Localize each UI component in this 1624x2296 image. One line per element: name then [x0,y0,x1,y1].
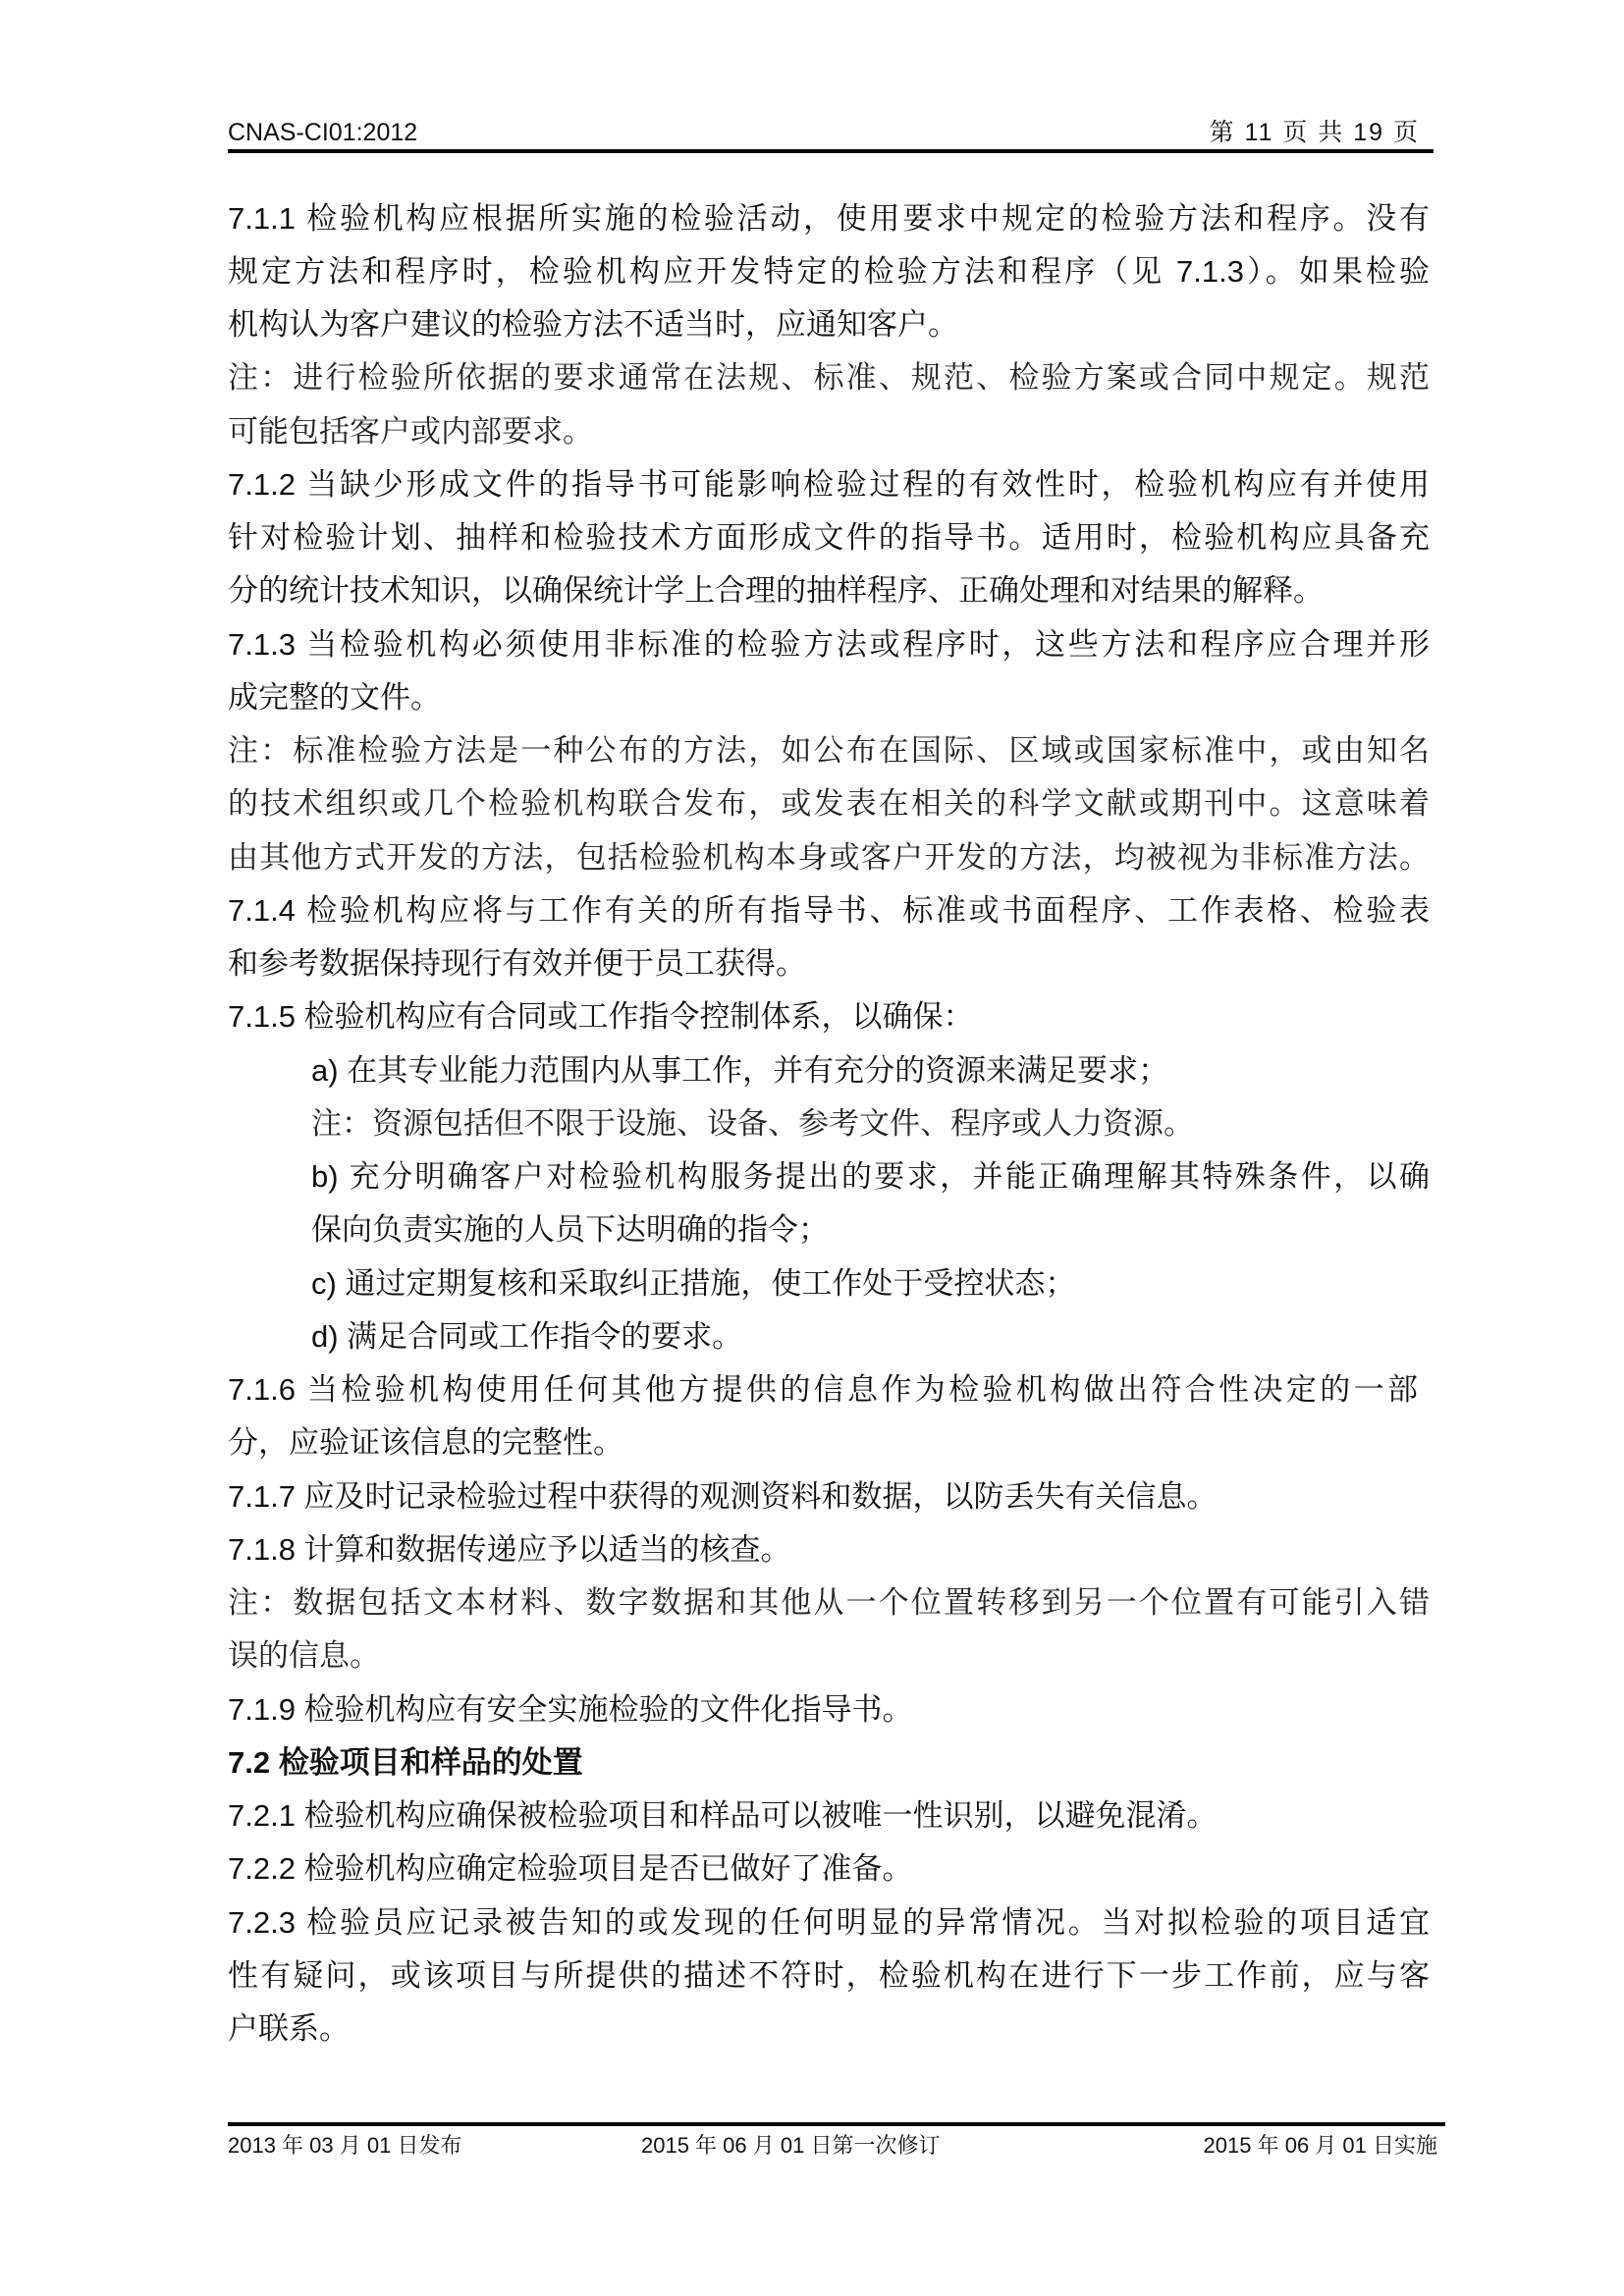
page-footer: 2013 年 03 月 01 日发布 2015 年 06 月 01 日第一次修订… [228,2130,1437,2162]
clause-7-1-8: 7.1.8 计算和数据传递应予以适当的核查。 [228,1523,791,1576]
clause-7-2-2: 7.2.2 检验机构应确定检验项目是否已做好了准备。 [228,1842,913,1896]
clause-7-2-3-line-2: 性有疑问，或该项目与所提供的描述不符时，检验机构在进行下一步工作前，应与客 [228,1949,1430,2002]
clause-7-1-9: 7.1.9 检验机构应有安全实施检验的文件化指导书。 [228,1683,913,1736]
clause-7-1-4-line-1: 7.1.4 检验机构应将与工作有关的所有指导书、标准或书面程序、工作表格、检验表 [228,884,1430,937]
note-7-1-3-line-2: 的技术组织或几个检验机构联合发布，或发表在相关的科学文献或期刊中。这意味着 [228,777,1430,830]
clause-7-2-3-line-1: 7.2.3 检验员应记录被告知的或发现的任何明显的异常情况。当对拟检验的项目适宜 [228,1896,1430,1949]
clause-7-2-1: 7.2.1 检验机构应确保被检验项目和样品可以被唯一性识别，以避免混淆。 [228,1789,1218,1842]
list-item-b-line-2: 保向负责实施的人员下达明确的指令； [311,1203,829,1256]
issue-date: 2013 年 03 月 01 日发布 [228,2130,461,2162]
page-header: CNAS-CI01:2012 第 11 页 共 19 页 [228,116,1434,149]
page-number: 第 11 页 共 19 页 [1210,116,1421,149]
note-7-1-1-line-1: 注：进行检验所依据的要求通常在法规、标准、规范、检验方案或合同中规定。规范 [228,351,1430,404]
clause-7-1-2-line-1: 7.1.2 当缺少形成文件的指导书可能影响检验过程的有效性时，检验机构应有并使用 [228,458,1430,511]
clause-7-1-4-line-2: 和参考数据保持现行有效并便于员工获得。 [228,937,806,990]
footer-rule [228,2122,1445,2126]
document-page: CNAS-CI01:2012 第 11 页 共 19 页 7.1.1 检验机构应… [0,0,1624,2296]
clause-7-1-3-line-2: 成完整的文件。 [228,671,441,724]
list-item-d: d) 满足合同或工作指令的要求。 [311,1310,742,1363]
note-7-1-1-line-2: 可能包括客户或内部要求。 [228,405,593,458]
note-7-1-3-line-3: 由其他方式开发的方法，包括检验机构本身或客户开发的方法，均被视为非标准方法。 [228,831,1430,884]
clause-7-1-2-line-3: 分的统计技术知识，以确保统计学上合理的抽样程序、正确处理和对结果的解释。 [228,564,1324,617]
clause-7-1-3-line-1: 7.1.3 当检验机构必须使用非标准的检验方法或程序时，这些方法和程序应合理并形 [228,618,1430,671]
note-7-1-3-line-1: 注：标准检验方法是一种公布的方法，如公布在国际、区域或国家标准中，或由知名 [228,724,1430,777]
note-7-1-8-line-1: 注：数据包括文本材料、数字数据和其他从一个位置转移到另一个位置有可能引入错 [228,1576,1430,1629]
clause-7-1-1-line-3: 机构认为客户建议的检验方法不适当时，应通知客户。 [228,298,958,351]
list-item-b-line-1: b) 充分明确客户对检验机构服务提出的要求，并能正确理解其特殊条件，以确 [311,1150,1430,1203]
header-rule [228,149,1434,153]
effective-date: 2015 年 06 月 01 日实施 [1204,2130,1437,2162]
section-heading-7-2: 7.2 检验项目和样品的处置 [228,1736,583,1789]
revision-date: 2015 年 06 月 01 日第一次修订 [641,2130,940,2162]
list-item-a: a) 在其专业能力范围内从事工作，并有充分的资源来满足要求； [311,1044,1168,1097]
document-id: CNAS-CI01:2012 [228,116,417,149]
list-item-c: c) 通过定期复核和采取纠正措施，使工作处于受控状态； [311,1257,1075,1310]
clause-7-1-5: 7.1.5 检验机构应有合同或工作指令控制体系，以确保： [228,990,974,1043]
clause-7-1-1-line-1: 7.1.1 检验机构应根据所实施的检验活动，使用要求中规定的检验方法和程序。没有 [228,192,1430,245]
clause-7-1-6-line-2: 分，应验证该信息的完整性。 [228,1416,623,1469]
clause-7-1-2-line-2: 针对检验计划、抽样和检验技术方面形成文件的指导书。适用时，检验机构应具备充 [228,511,1430,564]
clause-7-1-6-line-1: 7.1.6 当检验机构使用任何其他方提供的信息作为检验机构做出符合性决定的一部 [228,1363,1418,1416]
clause-7-1-1-line-2: 规定方法和程序时，检验机构应开发特定的检验方法和程序（见 7.1.3）。如果检验 [228,245,1430,298]
clause-7-2-3-line-3: 户联系。 [228,2002,350,2056]
note-7-1-8-line-2: 误的信息。 [228,1629,380,1682]
clause-7-1-7: 7.1.7 应及时记录检验过程中获得的观测资料和数据，以防丢失有关信息。 [228,1470,1218,1523]
list-item-a-note: 注：资源包括但不限于设施、设备、参考文件、程序或人力资源。 [311,1097,1194,1150]
